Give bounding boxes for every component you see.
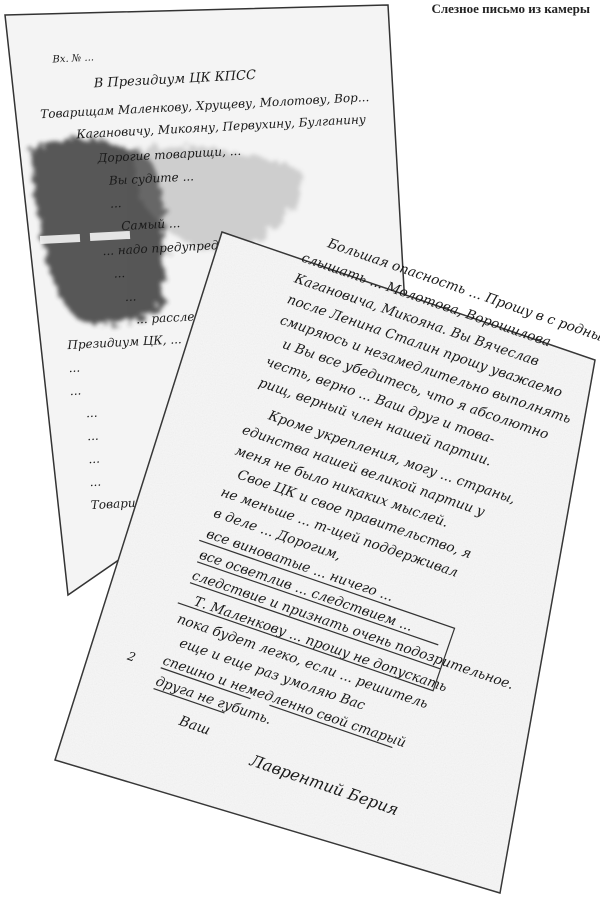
back-line: ... — [69, 383, 81, 398]
back-line: ... — [68, 361, 80, 376]
back-line: ... — [89, 475, 101, 490]
back-line: ... — [86, 406, 98, 421]
handwritten-letter-photo: Вх. № ... В Президиум ЦК КПСС Товарищам … — [0, 0, 600, 900]
back-line: ... — [110, 196, 122, 211]
back-line: ... — [125, 289, 137, 304]
back-line: ... — [113, 266, 125, 281]
back-line: ... — [87, 429, 99, 444]
back-header-note: Вх. № ... — [51, 52, 94, 65]
back-line: ... — [88, 452, 100, 467]
